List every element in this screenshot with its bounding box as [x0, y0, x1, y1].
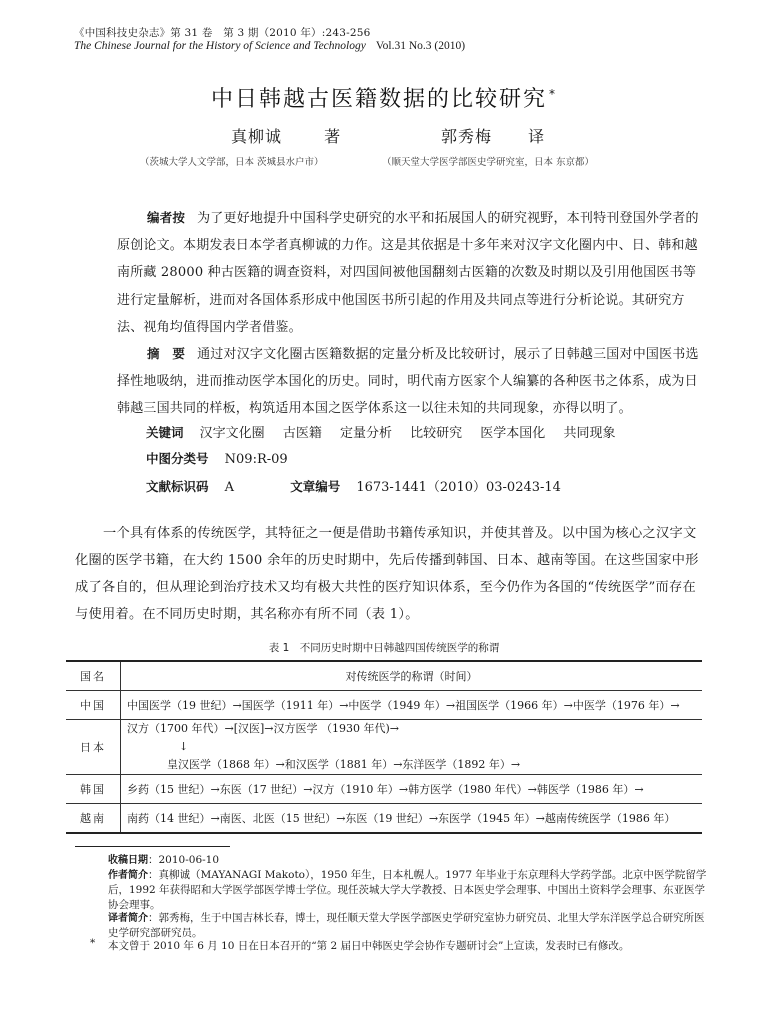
author: 真柳诚 著: [231, 124, 341, 147]
classification: 中图分类号 N09:R-09: [146, 449, 288, 467]
footnote-divider: [75, 846, 230, 847]
article-number-value: 1673-1441（2010）03-0243-14: [356, 480, 561, 495]
translator-name: 郭秀梅: [441, 127, 492, 146]
article-number-label: 文章编号: [290, 479, 340, 494]
translator-bio: 译者简介：郭秀梅，生于中国吉林长春，博士，现任顺天堂大学医学部医史学研究室协力研…: [108, 911, 708, 941]
journal-volume: Vol.31 No.3 (2010): [376, 40, 465, 52]
editor-note-label: 编者按: [147, 210, 185, 225]
translator-bio-label: 译者简介: [108, 913, 148, 924]
country-cell: 韩国: [66, 775, 121, 804]
journal-header-cn: 《中国科技史杂志》第 31 卷 第 3 期（2010 年）:243-256: [74, 25, 371, 40]
abstract: 摘 要通过对汉字文化圈古医籍数据的定量分析及比较研讨，展示了日韩越三国对中国医书…: [117, 340, 707, 423]
author-bio-label: 作者简介: [108, 870, 148, 881]
names-cell: 汉方（1700 年代）→[汉医]→汉方医学 （1930 年代)→ ↓ 皇汉医学（…: [121, 720, 703, 775]
abstract-text: 通过对汉字文化圈古医籍数据的定量分析及比较研讨，展示了日韩越三国对中国医书选择性…: [117, 347, 699, 416]
abstract-label: 摘 要: [147, 346, 185, 361]
keywords-label: 关键词: [146, 425, 184, 440]
star-footnote: 本文曾于 2010 年 6 月 10 日在日本召开的“第 2 届日中韩医史学会协…: [108, 939, 708, 953]
author-role: 著: [324, 127, 341, 146]
journal-name-en: The Chinese Journal for the History of S…: [74, 40, 366, 52]
received-date: 收稿日期：2010-06-10: [108, 853, 708, 868]
names-cell: 乡药（15 世纪）→东医（17 世纪）→汉方（1910 年）→韩方医学（1980…: [121, 775, 703, 804]
keyword: 定量分析: [340, 426, 392, 441]
names-cell: 南药（14 世纪）→南医、北医（15 世纪）→东医（19 世纪）→东医学（194…: [121, 804, 703, 834]
doc-code-label: 文献标识码: [146, 479, 209, 494]
doc-code-value: A: [225, 480, 234, 495]
translator-bio-text: ：郭秀梅，生于中国吉林长春，博士，现任顺天堂大学医学部医史学研究室协力研究员、北…: [108, 912, 705, 939]
country-cell: 越南: [66, 804, 121, 834]
received-value: ：2010-06-10: [148, 854, 219, 866]
author-name: 真柳诚: [231, 127, 282, 146]
title-text: 中日韩越古医籍数据的比较研究: [211, 87, 547, 112]
translator: 郭秀梅 译: [441, 124, 545, 147]
names-line: 皇汉医学（1868 年）→和汉医学（1881 年）→东洋医学（1892 年）→: [127, 756, 696, 774]
keyword: 医学本国化: [480, 426, 545, 441]
table-caption: 表 1 不同历史时期中日韩越四国传统医学的称谓: [0, 640, 768, 655]
title-footnote-mark: *: [549, 87, 557, 101]
received-label: 收稿日期: [108, 855, 148, 866]
journal-header-en: The Chinese Journal for the History of S…: [74, 40, 465, 52]
keywords: 关键词 汉字文化圈 古医籍 定量分析 比较研究 医学本国化 共同现象: [146, 422, 629, 441]
names-cell: 中国医学（19 世纪）→国医学（1911 年）→中医学（1949 年）→祖国医学…: [121, 691, 703, 720]
down-arrow-icon: ↓: [127, 738, 696, 756]
classification-value: N09:R-09: [225, 452, 288, 467]
table-header-names: 对传统医学的称谓（时间）: [121, 661, 703, 691]
names-line: 汉方（1700 年代）→[汉医]→汉方医学 （1930 年代)→: [127, 720, 696, 738]
author-bio: 作者简介：真柳诚（MAYANAGI Makoto），1950 年生，日本札幌人。…: [108, 868, 708, 912]
table-row: 日本 汉方（1700 年代）→[汉医]→汉方医学 （1930 年代)→ ↓ 皇汉…: [66, 720, 702, 775]
naming-table: 国名 对传统医学的称谓（时间） 中国 中国医学（19 世纪）→国医学（1911 …: [66, 660, 702, 834]
table-row: 越南 南药（14 世纪）→南医、北医（15 世纪）→东医（19 世纪）→东医学（…: [66, 804, 702, 834]
table-row: 中国 中国医学（19 世纪）→国医学（1911 年）→中医学（1949 年）→祖…: [66, 691, 702, 720]
classification-label: 中图分类号: [146, 451, 209, 466]
body-paragraph: 一个具有体系的传统医学，其特征之一便是借助书籍传承知识，并使其普及。以中国为核心…: [75, 520, 707, 628]
translator-role: 译: [528, 127, 545, 146]
page-title: 中日韩越古医籍数据的比较研究*: [0, 82, 768, 113]
table-header-country: 国名: [66, 661, 121, 691]
star-footnote-mark: *: [90, 937, 95, 949]
table-row: 韩国 乡药（15 世纪）→东医（17 世纪）→汉方（1910 年）→韩方医学（1…: [66, 775, 702, 804]
translator-affiliation: （顺天堂大学医学部医史学研究室，日本 东京都）: [382, 154, 594, 168]
editor-note-text: 为了更好地提升中国科学史研究的水平和拓展国人的研究视野，本刊特刊登国外学者的原创…: [117, 211, 699, 335]
keyword: 汉字文化圈: [200, 426, 265, 441]
author-affiliation: （茨城大学人文学部，日本 茨城县水户市）: [140, 154, 324, 168]
keyword: 古医籍: [283, 426, 322, 441]
document-code: 文献标识码 A 文章编号 1673-1441（2010）03-0243-14: [146, 476, 561, 495]
country-cell: 中国: [66, 691, 121, 720]
keyword: 比较研究: [410, 426, 462, 441]
keyword: 共同现象: [563, 426, 615, 441]
table-header-row: 国名 对传统医学的称谓（时间）: [66, 661, 702, 691]
author-bio-text: ：真柳诚（MAYANAGI Makoto），1950 年生，日本札幌人。1977…: [108, 869, 706, 911]
country-cell: 日本: [66, 720, 121, 775]
editor-note: 编者按为了更好地提升中国科学史研究的水平和拓展国人的研究视野，本刊特刊登国外学者…: [117, 204, 707, 341]
